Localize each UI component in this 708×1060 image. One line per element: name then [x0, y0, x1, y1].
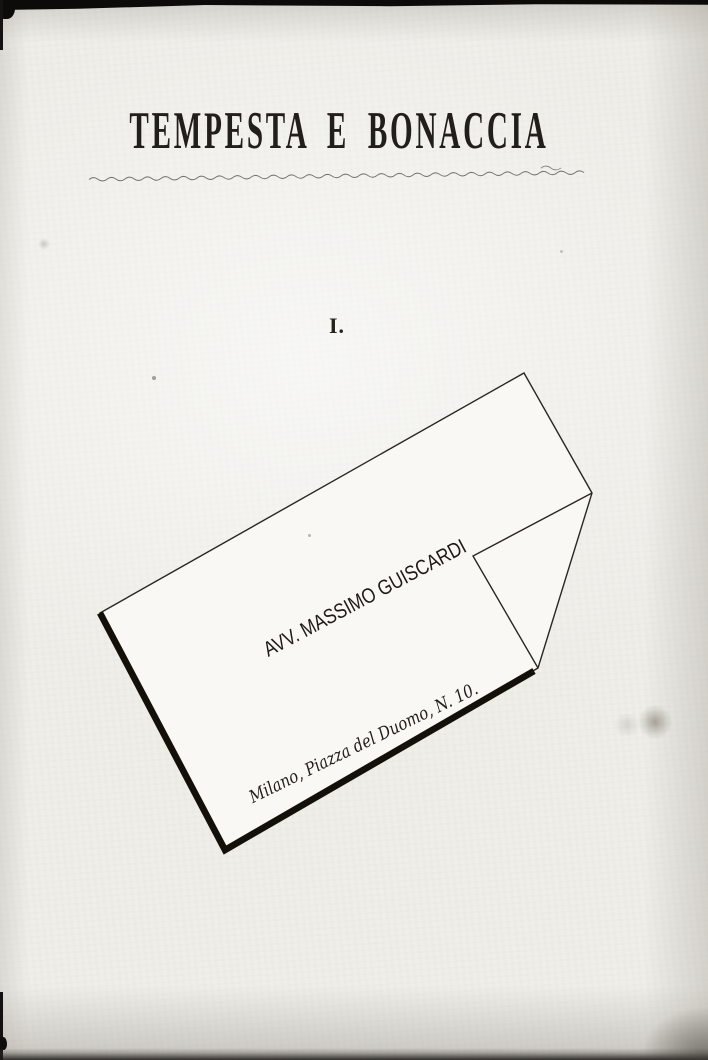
book-page-scan: TEMPESTA E BONACCIA I. AVV. MASSIMO GUIS…	[0, 0, 708, 1060]
paper-speck	[152, 376, 156, 380]
paper-speck	[560, 250, 563, 253]
paper-speck	[38, 238, 50, 250]
paper-stain	[638, 704, 672, 740]
visiting-card-illustration: AVV. MASSIMO GUISCARDI Milano, Piazza de…	[0, 0, 708, 1060]
paper-speck	[308, 534, 311, 537]
paper-stain-halo	[612, 714, 642, 736]
